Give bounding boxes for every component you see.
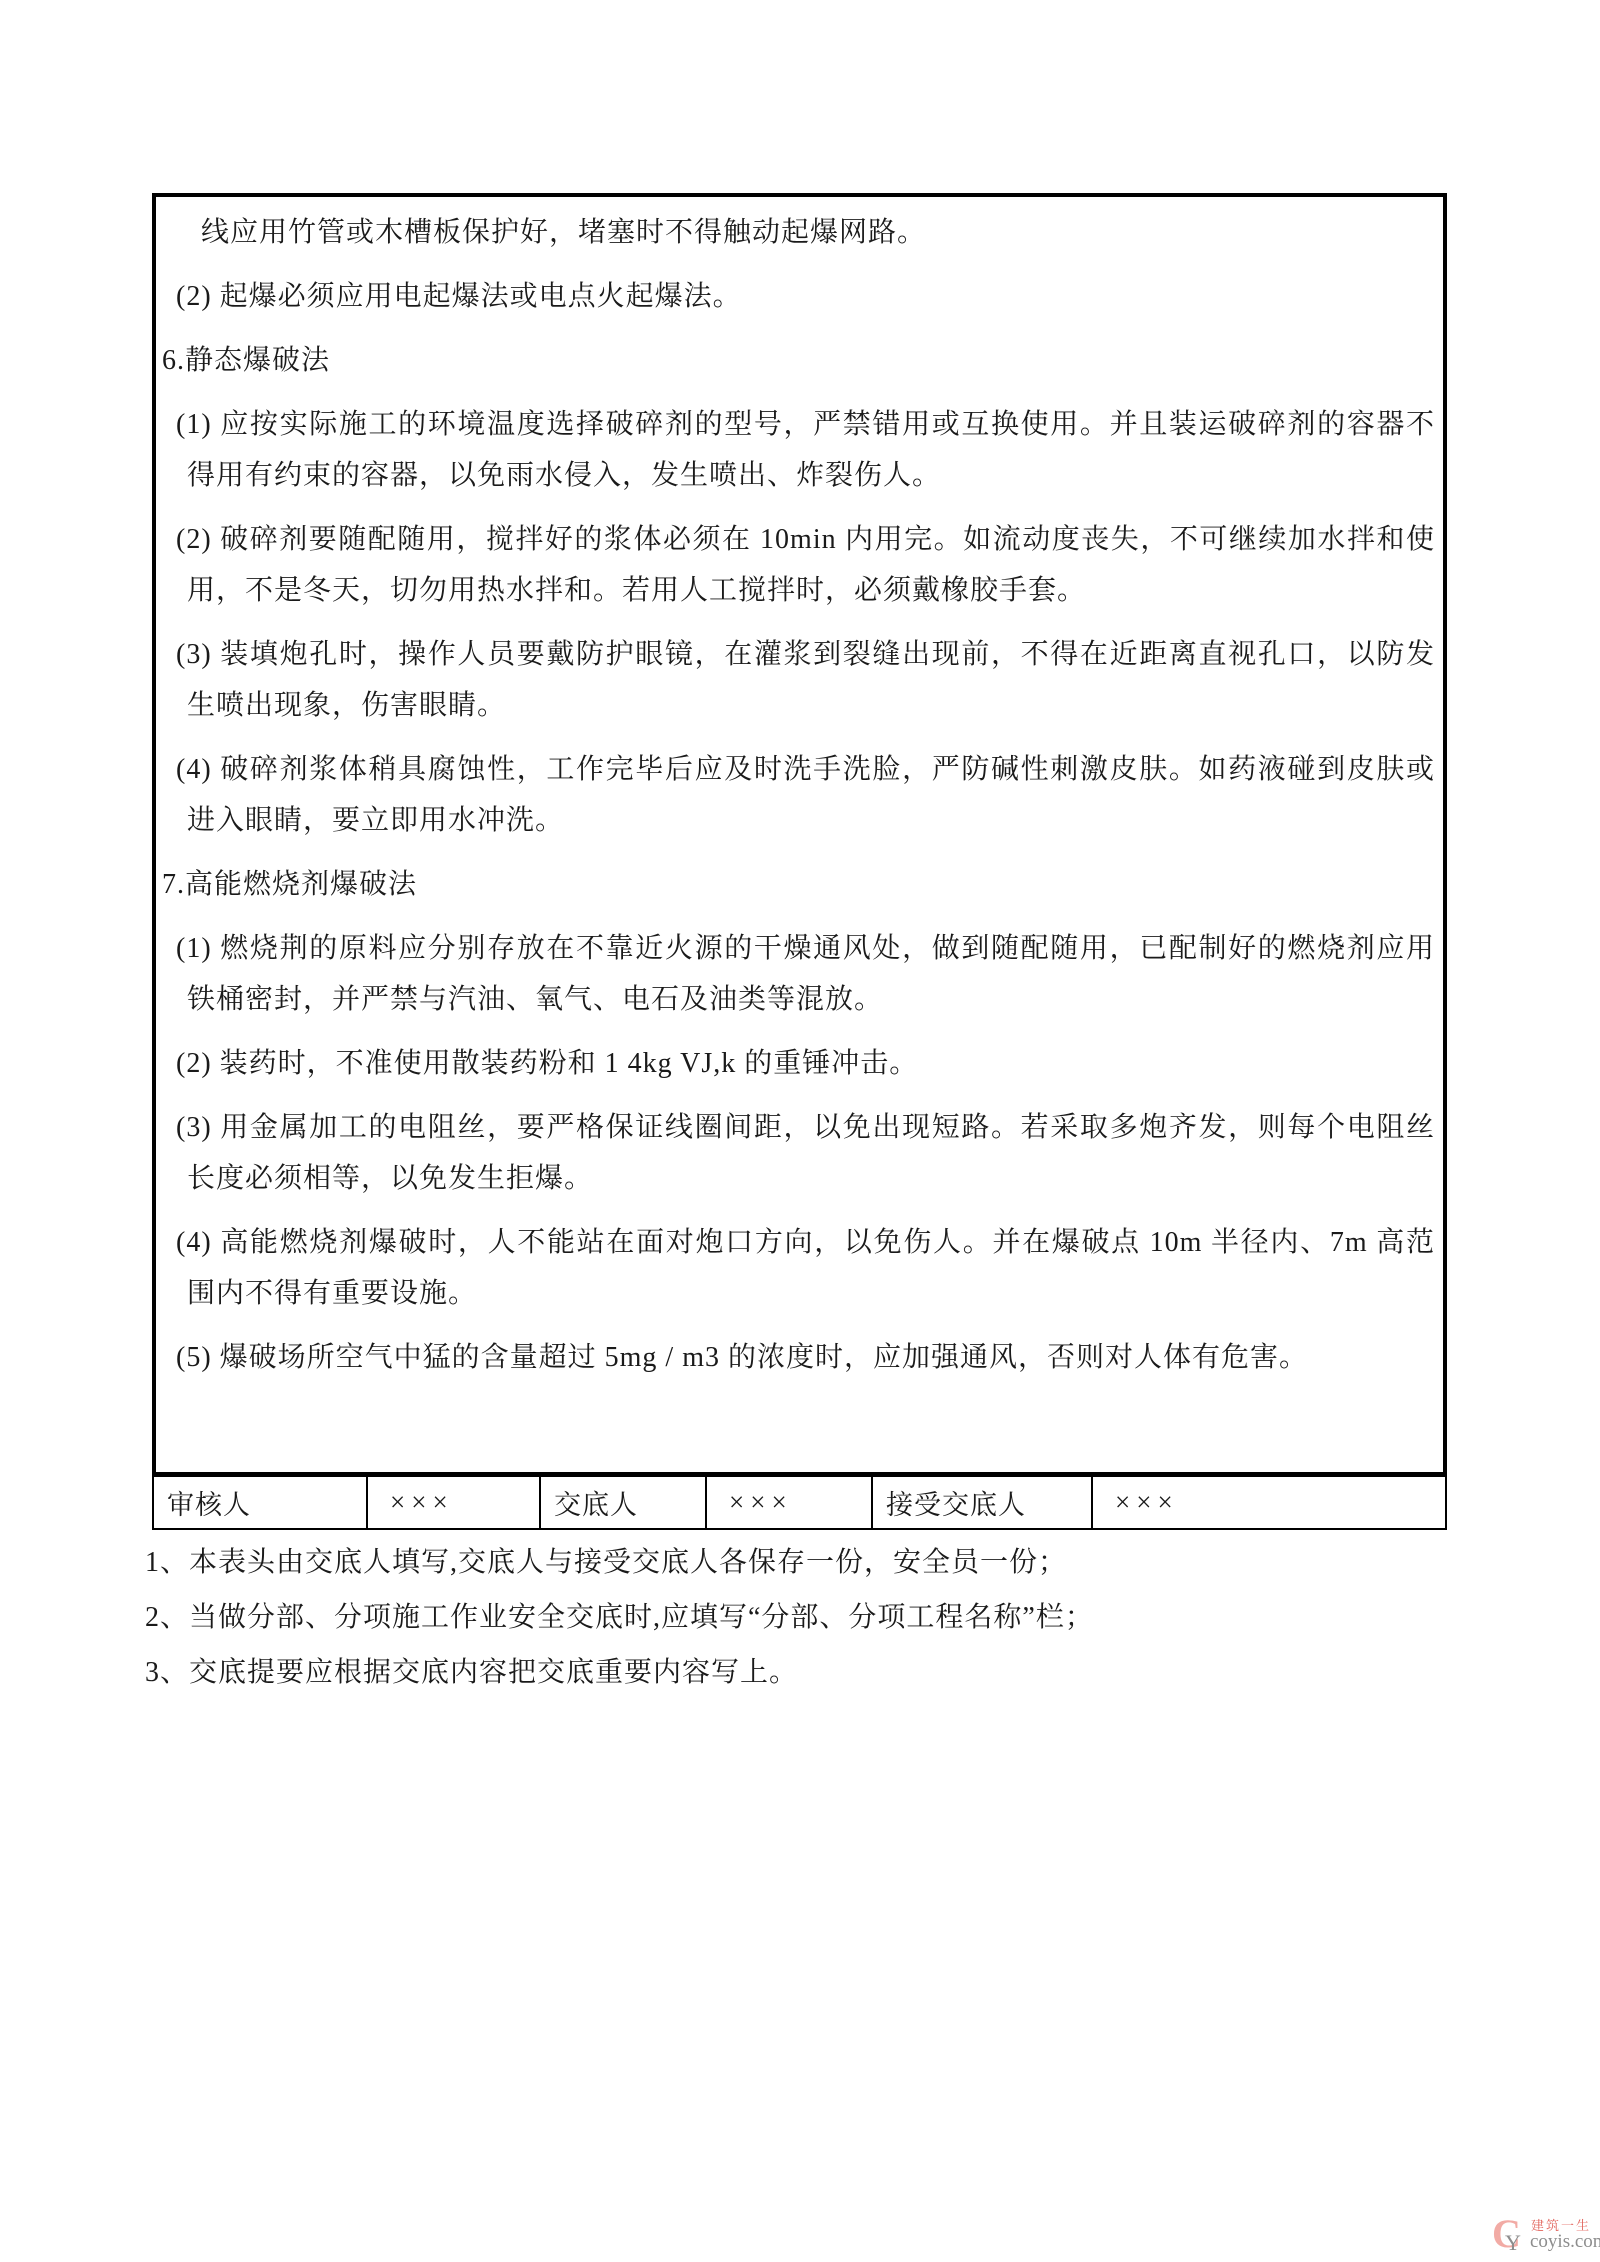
footnote: 1、本表头由交底人填写,交底人与接受交底人各保存一份，安全员一份；: [145, 1535, 1475, 1590]
discloser-label: 交底人: [541, 1477, 707, 1528]
discloser-value: ×××: [707, 1477, 873, 1528]
body-paragraph: (3) 装填炮孔时，操作人员要戴防护眼镜，在灌浆到裂缝出现前，不得在近距离直视孔…: [156, 629, 1435, 731]
body-paragraph: (1) 燃烧荆的原料应分别存放在不靠近火源的干燥通风处，做到随配随用，已配制好的…: [156, 923, 1435, 1025]
section-heading: 6.静态爆破法: [156, 335, 1435, 386]
reviewer-value: ×××: [368, 1477, 541, 1528]
body-paragraph: (3) 用金属加工的电阻丝，要严格保证线圈间距，以免出现短路。若采取多炮齐发，则…: [156, 1102, 1435, 1204]
footnotes: 1、本表头由交底人填写,交底人与接受交底人各保存一份，安全员一份； 2、当做分部…: [145, 1535, 1475, 1700]
footnote: 2、当做分部、分项施工作业安全交底时,应填写“分部、分项工程名称”栏；: [145, 1590, 1475, 1645]
disclosure-content-box: 线应用竹管或木槽板保护好，堵塞时不得触动起爆网路。 (2) 起爆必须应用电起爆法…: [152, 193, 1447, 1477]
footnote: 3、交底提要应根据交底内容把交底重要内容写上。: [145, 1645, 1475, 1700]
body-paragraph: (2) 破碎剂要随配随用，搅拌好的浆体必须在 10min 内用完。如流动度丧失，…: [156, 514, 1435, 616]
section-heading: 7.高能燃烧剂爆破法: [156, 859, 1435, 910]
disclosure-body-text: 线应用竹管或木槽板保护好，堵塞时不得触动起爆网路。 (2) 起爆必须应用电起爆法…: [156, 197, 1443, 1383]
receiver-label: 接受交底人: [873, 1477, 1093, 1528]
signoff-row: 审核人 ××× 交底人 ××× 接受交底人 ×××: [152, 1477, 1447, 1530]
body-paragraph: (4) 高能燃烧剂爆破时，人不能站在面对炮口方向，以免伤人。并在爆破点 10m …: [156, 1217, 1435, 1319]
body-paragraph: (2) 起爆必须应用电起爆法或电点火起爆法。: [156, 271, 1435, 322]
reviewer-label: 审核人: [154, 1477, 368, 1528]
site-watermark: C Y 建筑一生 coyis.com: [1492, 2214, 1598, 2260]
receiver-value: ×××: [1093, 1477, 1445, 1528]
body-paragraph: 线应用竹管或木槽板保护好，堵塞时不得触动起爆网路。: [156, 207, 1435, 258]
watermark-logo-y: Y: [1505, 2230, 1521, 2256]
body-paragraph: (2) 装药时，不准使用散装药粉和 1 4kg VJ,k 的重锤冲击。: [156, 1038, 1435, 1089]
body-paragraph: (1) 应按实际施工的环境温度选择破碎剂的型号，严禁错用或互换使用。并且装运破碎…: [156, 399, 1435, 501]
watermark-brand-en: coyis.com: [1530, 2231, 1600, 2253]
body-paragraph: (5) 爆破场所空气中猛的含量超过 5mg / m3 的浓度时，应加强通风，否则…: [156, 1332, 1435, 1383]
body-paragraph: (4) 破碎剂浆体稍具腐蚀性，工作完毕后应及时洗手洗脸，严防碱性刺激皮肤。如药液…: [156, 744, 1435, 846]
document-page: 线应用竹管或木槽板保护好，堵塞时不得触动起爆网路。 (2) 起爆必须应用电起爆法…: [0, 0, 1600, 2262]
